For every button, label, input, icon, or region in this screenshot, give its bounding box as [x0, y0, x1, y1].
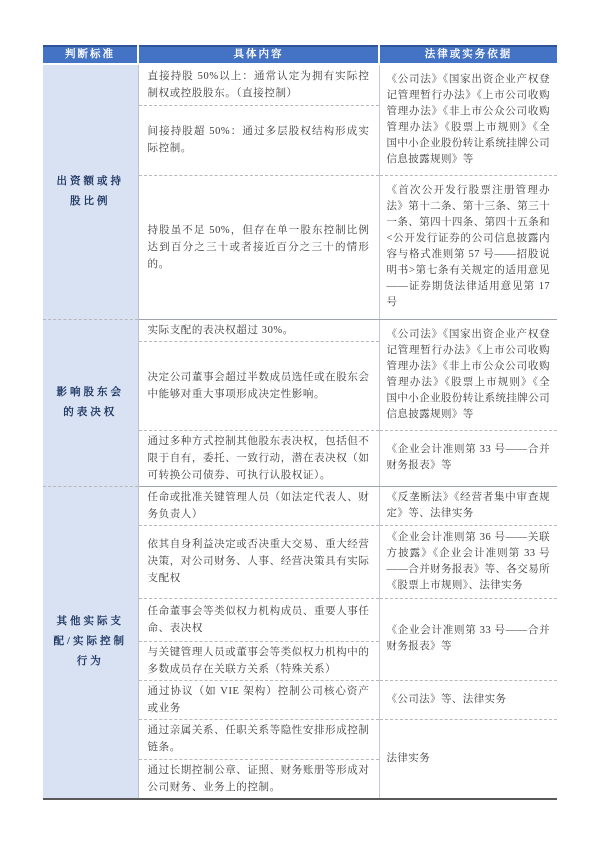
- criteria-group-shareholding-ratio: 出资额或持股比例: [43, 64, 138, 319]
- header-basis: 法律或实务依据: [379, 46, 557, 64]
- actual-control-criteria-table: 判断标准 具体内容 法律或实务依据 出资额或持股比例 直接持股 50%以上：通常…: [43, 45, 557, 800]
- basis-cell: 《首次公开发行股票注册管理办法》第十二条、第十三条、第三十一条、第四十四条、第四…: [379, 175, 557, 319]
- basis-cell: 《反垄断法》《经营者集中审查规定》等、法律实务: [379, 486, 557, 525]
- header-content: 具体内容: [138, 46, 379, 64]
- table-row: 出资额或持股比例 直接持股 50%以上：通常认定为拥有实际控制权或控股股东。（直…: [43, 64, 557, 105]
- table-header-row: 判断标准 具体内容 法律或实务依据: [43, 46, 557, 64]
- criteria-group-voting-rights: 影响股东会的表决权: [43, 319, 138, 486]
- content-cell: 依其自身利益决定或否决重大交易、重大经营决策，对公司财务、人事、经营决策具有实际…: [138, 525, 379, 598]
- basis-cell: 《公司法》等、法律实务: [379, 680, 557, 719]
- content-cell: 实际支配的表决权超过 30%。: [138, 319, 379, 341]
- basis-cell: 《企业会计准则第 33 号——合并财务报表》等: [379, 430, 557, 486]
- basis-cell: 《企业会计准则第 36 号——关联方披露》《企业会计准则第 33 号——合并财务…: [379, 525, 557, 598]
- basis-cell: 法律实务: [379, 719, 557, 799]
- basis-cell: 《公司法》《国家出资企业产权登记管理暂行办法》《上市公司收购管理办法》《非上市公…: [379, 319, 557, 430]
- content-cell: 间接持股超 50%：通过多层股权结构形成实际控制。: [138, 105, 379, 175]
- document-page: 判断标准 具体内容 法律或实务依据 出资额或持股比例 直接持股 50%以上：通常…: [0, 0, 600, 847]
- content-cell: 通过协议（如 VIE 架构）控制公司核心资产或业务: [138, 680, 379, 719]
- basis-cell: 《公司法》《国家出资企业产权登记管理暂行办法》《上市公司收购管理办法》《非上市公…: [379, 64, 557, 175]
- content-cell: 通过多种方式控制其他股东表决权，包括但不限于自有，委托、一致行动，潜在表决权（如…: [138, 430, 379, 486]
- content-cell: 直接持股 50%以上：通常认定为拥有实际控制权或控股股东。（直接控制）: [138, 64, 379, 105]
- content-cell: 持股虽不足 50%，但存在单一股东控制比例达到百分之三十或者接近百分之三十的情形…: [138, 175, 379, 319]
- basis-cell: 《企业会计准则第 33 号——合并财务报表》等: [379, 598, 557, 680]
- header-criteria: 判断标准: [43, 46, 138, 64]
- criteria-group-other-control: 其他实际支配/实际控制行为: [43, 486, 138, 799]
- content-cell: 决定公司董事会超过半数成员选任或在股东会中能够对重大事项形成决定性影响。: [138, 341, 379, 430]
- table-row: 影响股东会的表决权 实际支配的表决权超过 30%。 《公司法》《国家出资企业产权…: [43, 319, 557, 341]
- content-cell: 通过长期控制公章、证照、财务账册等形成对公司财务、业务上的控制。: [138, 759, 379, 799]
- content-cell: 任命或批准关键管理人员（如法定代表人、财务负责人）: [138, 486, 379, 525]
- content-cell: 通过亲属关系、任职关系等隐性安排形成控制链条。: [138, 719, 379, 759]
- table-row: 其他实际支配/实际控制行为 任命或批准关键管理人员（如法定代表人、财务负责人） …: [43, 486, 557, 525]
- content-cell: 任命董事会等类似权力机构成员、重要人事任命、表决权: [138, 598, 379, 641]
- content-cell: 与关键管理人员或董事会等类似权力机构中的多数成员存在关联方关系（特殊关系）: [138, 641, 379, 680]
